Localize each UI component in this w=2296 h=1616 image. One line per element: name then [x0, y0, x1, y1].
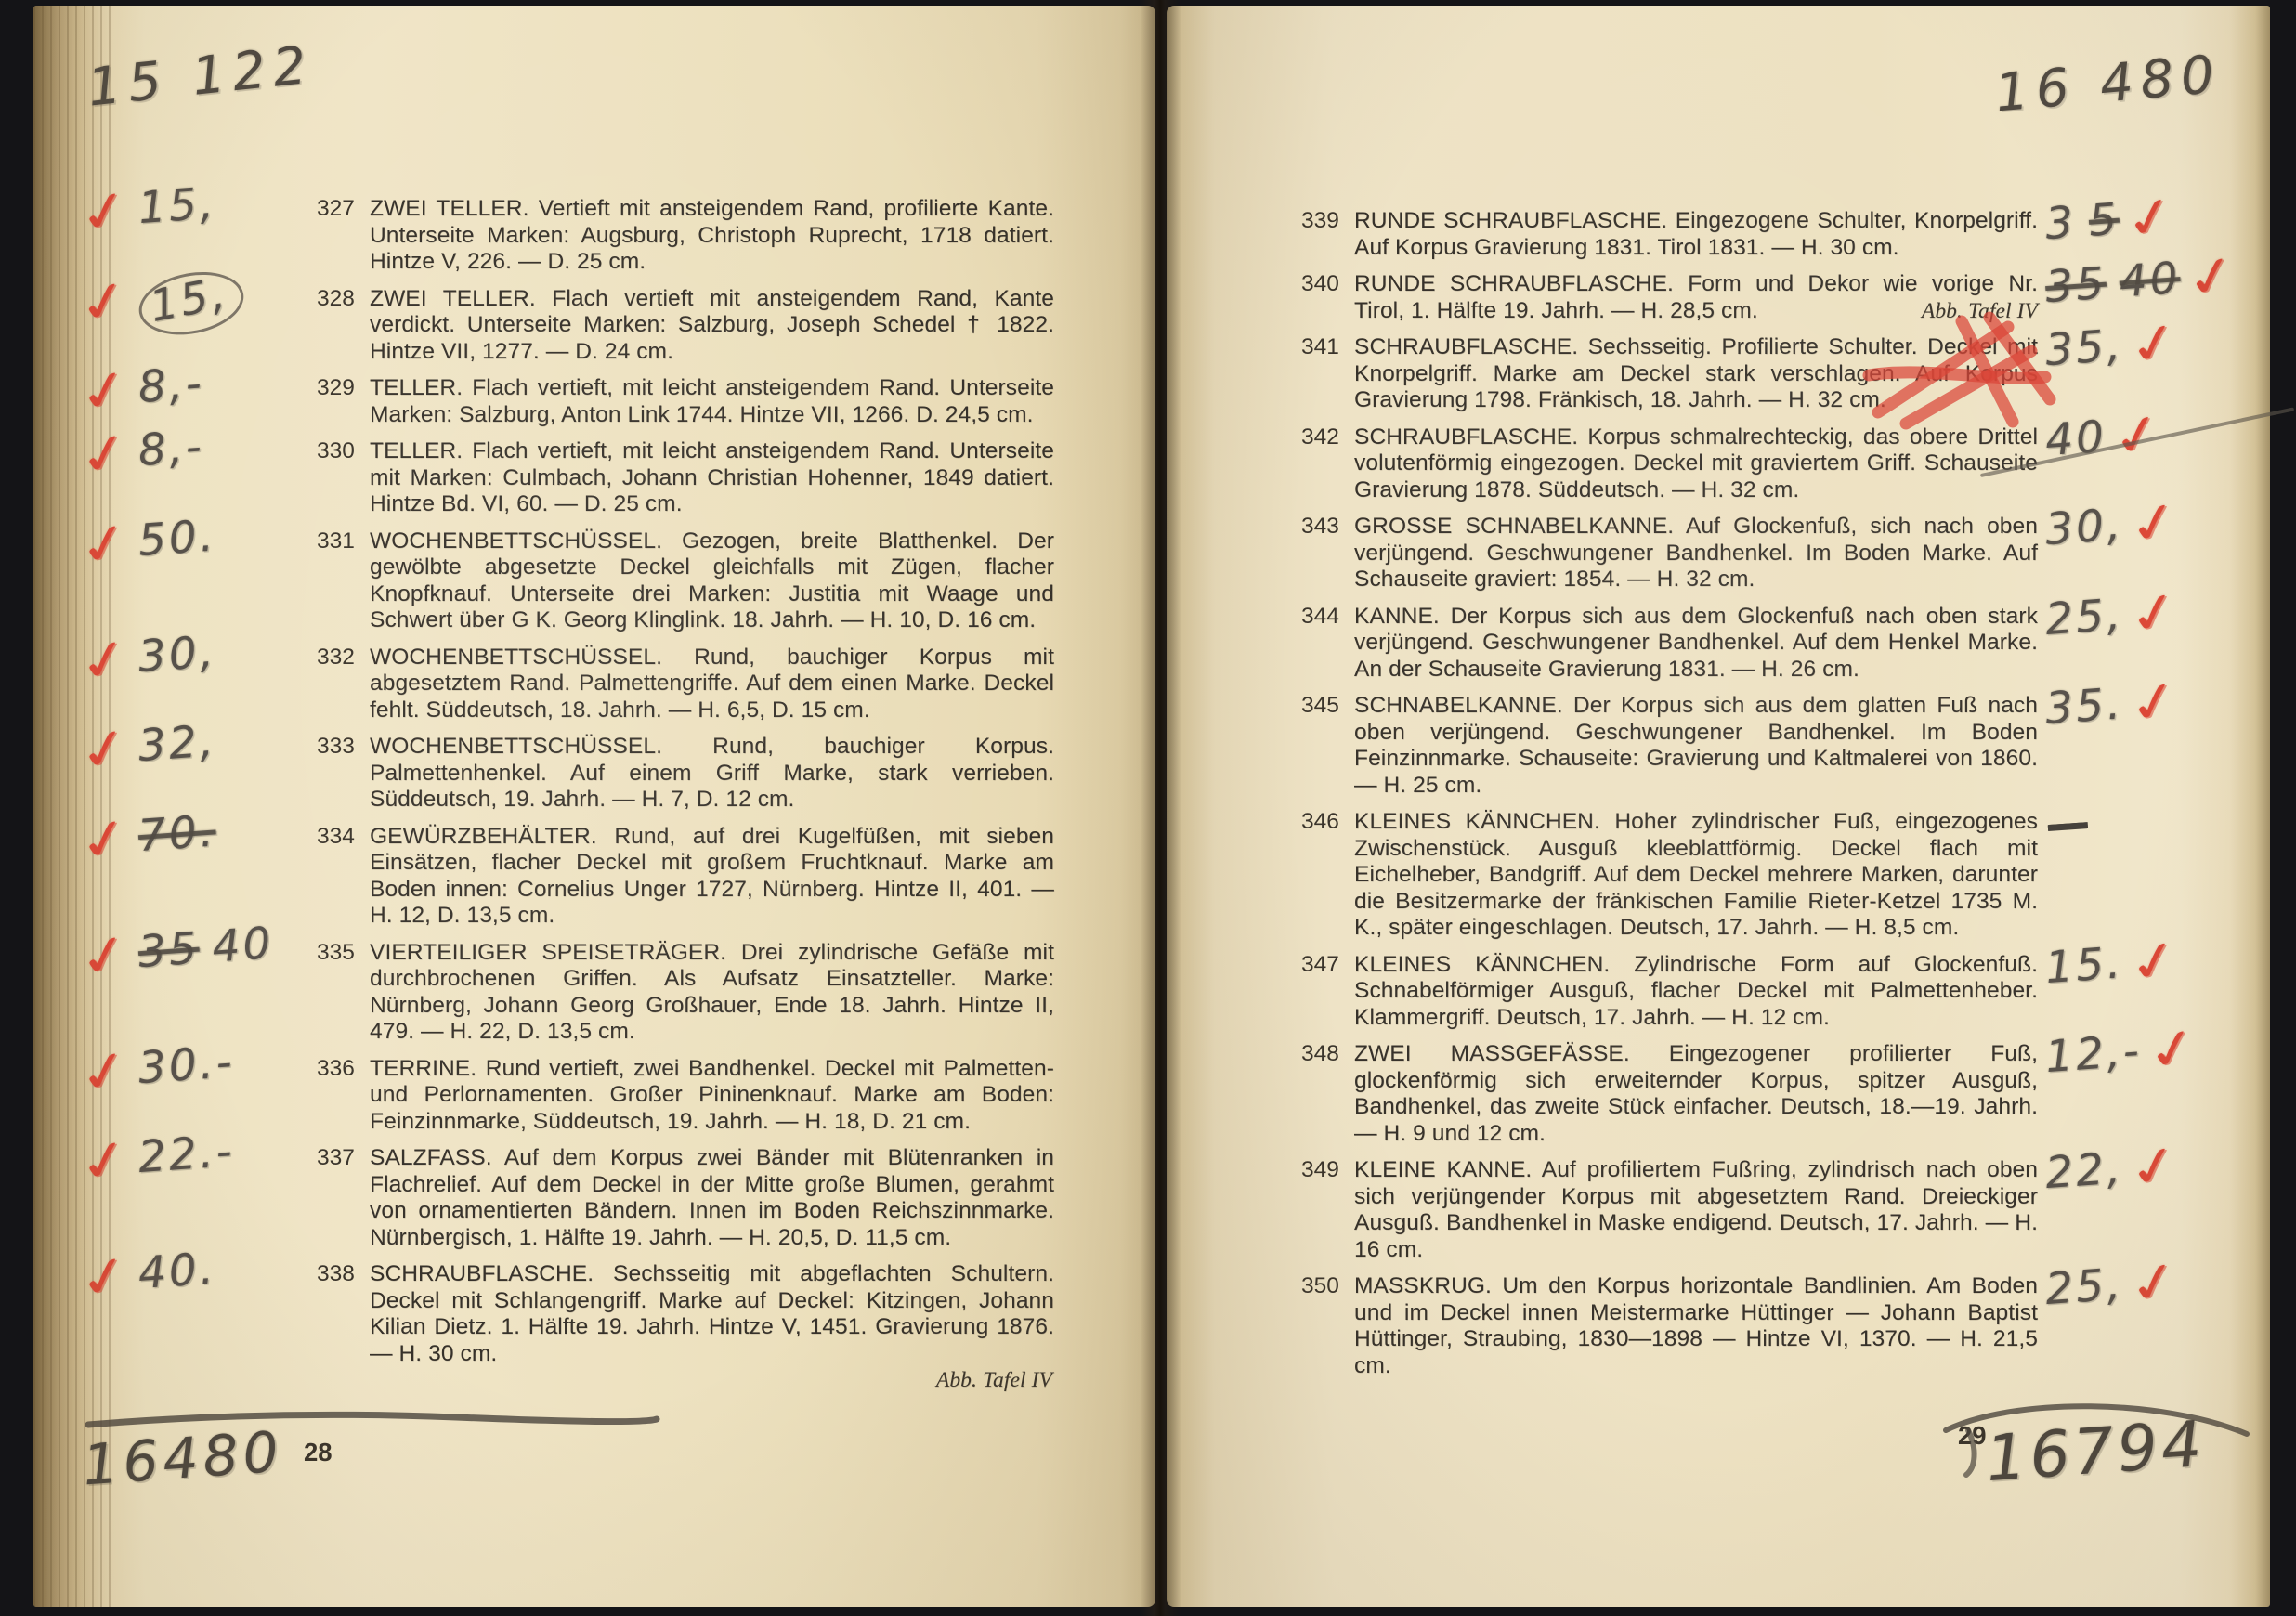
red-checkmark-icon: ✓ — [74, 183, 137, 241]
entry-body: SCHRAUBFLASCHE. Korpus schmalrechteckig,… — [1354, 424, 2038, 504]
price-segments: 15. — [2044, 941, 2125, 990]
entry-body: VIERTEILIGER SPEISETRÄGER. Drei zylindri… — [370, 940, 1054, 1046]
price-annotation: ✓70. — [82, 802, 307, 865]
catalog-entry: 347KLEINES KÄNNCHEN. Zylindrische Form a… — [1301, 952, 2038, 1032]
entry-text: SCHRAUBFLASCHE. Sechsseitig. Profilierte… — [1354, 334, 2038, 412]
price-value: 12,- — [2044, 1029, 2144, 1079]
catalog-entry: 336TERRINE. Rund vertieft, zwei Bandhenk… — [317, 1056, 1054, 1136]
entry-text: GEWÜRZBEHÄLTER. Rund, auf drei Kugelfüße… — [370, 824, 1054, 929]
price-value: 3 — [2044, 201, 2078, 246]
red-checkmark-icon: ✓ — [2124, 1139, 2187, 1197]
price-value: 40 — [2118, 256, 2182, 304]
price-annotation: ✓15, — [81, 265, 307, 341]
price-segments: 25, — [2044, 1262, 2125, 1311]
pencil-circle: 15, — [134, 263, 249, 343]
price-annotation: 35.✓ — [2041, 672, 2268, 735]
entry-body: TELLER. Flach vertieft, mit leicht anste… — [370, 438, 1054, 518]
price-annotation: 25,✓ — [2041, 1253, 2268, 1315]
price-segments: 35 — [2044, 198, 2121, 246]
red-checkmark-icon: ✓ — [2143, 1021, 2206, 1079]
red-checkmark-icon: ✓ — [74, 927, 137, 985]
red-checkmark-icon: ✓ — [74, 1248, 137, 1307]
catalog-entry: 337SALZFASS. Auf dem Korpus zwei Bänder … — [317, 1145, 1054, 1251]
entry-body: SCHRAUBFLASCHE. Sechsseitig. Profilierte… — [1354, 334, 2038, 414]
price-value: 15, — [137, 181, 217, 230]
catalog-entry: 344KANNE. Der Korpus sich aus dem Glocke… — [1301, 604, 2038, 684]
entry-number: 327 — [317, 196, 370, 276]
price-value: 70. — [137, 809, 217, 858]
entry-text: GROSSE SCHNABELKANNE. Auf Glockenfuß, si… — [1354, 514, 2038, 592]
entry-number: 338 — [317, 1261, 370, 1394]
price-segments: — — [2044, 801, 2091, 847]
entry-text: RUNDE SCHRAUBFLASCHE. Eingezogene Schult… — [1354, 208, 2038, 260]
entry-body: SCHNABELKANNE. Der Korpus sich aus dem g… — [1354, 693, 2038, 799]
catalog-entry: 334GEWÜRZBEHÄLTER. Rund, auf drei Kugelf… — [317, 824, 1054, 930]
price-annotation: ✓32, — [82, 713, 307, 775]
entry-number: 336 — [317, 1056, 370, 1136]
price-segments: 30, — [2044, 502, 2125, 552]
price-annotation: ✓8,- — [82, 418, 307, 480]
price-value: 15, — [146, 267, 232, 332]
price-value: 25, — [2044, 1262, 2125, 1311]
entry-number: 328 — [317, 286, 370, 366]
entry-number: 346 — [1301, 809, 1354, 942]
price-annotation: ✓40. — [82, 1241, 307, 1303]
red-checkmark-icon: ✓ — [74, 721, 137, 779]
entry-list-left: 327ZWEI TELLER. Vertieft mit ansteigende… — [317, 196, 1054, 1394]
price-segments: 8,- — [137, 424, 205, 473]
price-value: 22, — [2044, 1146, 2125, 1195]
red-checkmark-icon: ✓ — [74, 425, 137, 484]
red-checkmark-icon: ✓ — [2120, 189, 2184, 248]
price-value: 40 — [211, 921, 275, 969]
entry-text: WOCHENBETTSCHÜSSEL. Rund, bauchiger Korp… — [370, 645, 1054, 723]
red-checkmark-icon: ✓ — [74, 811, 137, 869]
entry-body: WOCHENBETTSCHÜSSEL. Rund, bauchiger Korp… — [370, 734, 1054, 814]
entry-number: 341 — [1301, 334, 1354, 414]
entry-number: 335 — [317, 940, 370, 1046]
price-segments: 30.- — [137, 1040, 236, 1090]
price-annotation: — — [2041, 788, 2268, 848]
catalog-entry: 338SCHRAUBFLASCHE. Sechsseitig mit abgef… — [317, 1261, 1054, 1394]
entry-body: GROSSE SCHNABELKANNE. Auf Glockenfuß, si… — [1354, 514, 2038, 593]
entry-number: 339 — [1301, 208, 1354, 261]
price-segments: 12,- — [2044, 1029, 2144, 1079]
entry-number: 333 — [317, 734, 370, 814]
price-annotation: 12,-✓ — [2041, 1021, 2268, 1083]
entry-text: WOCHENBETTSCHÜSSEL. Rund, bauchiger Korp… — [370, 734, 1054, 812]
price-value: 15. — [2044, 941, 2125, 990]
catalog-entry: 332WOCHENBETTSCHÜSSEL. Rund, bauchiger K… — [317, 645, 1054, 724]
catalog-entry: 348ZWEI MASSGEFÄSSE. Eingezogener profil… — [1301, 1041, 2038, 1147]
catalog-entry: 331WOCHENBETTSCHÜSSEL. Gezogen, breite B… — [317, 528, 1054, 634]
price-annotation: ✓8,- — [82, 355, 307, 417]
price-value: 25, — [2044, 593, 2125, 642]
price-segments: 8,- — [137, 361, 205, 410]
catalog-entry: 349KLEINE KANNE. Auf profiliertem Fußrin… — [1301, 1157, 2038, 1263]
plate-reference: Abb. Tafel IV — [1922, 298, 2038, 325]
price-annotation: 25,✓ — [2041, 582, 2268, 645]
price-annotation: ✓30, — [82, 623, 307, 685]
entry-text: TELLER. Flach vertieft, mit leicht anste… — [370, 438, 1054, 516]
entry-text: SCHRAUBFLASCHE. Sechsseitig mit abgeflac… — [370, 1261, 1054, 1366]
red-checkmark-icon: ✓ — [74, 515, 137, 574]
catalog-entry: 330TELLER. Flach vertieft, mit leicht an… — [317, 438, 1054, 518]
price-segments: 30, — [137, 630, 217, 679]
entry-number: 330 — [317, 438, 370, 518]
entry-body: KLEINES KÄNNCHEN. Zylindrische Form auf … — [1354, 952, 2038, 1032]
price-annotation: 30,✓ — [2041, 493, 2268, 555]
price-annotation: ✓15, — [82, 176, 307, 238]
price-segments: 40. — [137, 1246, 217, 1296]
entry-text: SCHNABELKANNE. Der Korpus sich aus dem g… — [1354, 693, 2038, 798]
catalog-entry: 339RUNDE SCHRAUBFLASCHE. Eingezogene Sch… — [1301, 208, 2038, 261]
entry-number: 342 — [1301, 424, 1354, 504]
price-value: 35 — [2044, 262, 2108, 309]
red-checkmark-icon: ✓ — [2124, 674, 2187, 733]
price-segments: 3540 — [137, 921, 275, 974]
entry-body: TELLER. Flach vertieft, mit leicht anste… — [370, 375, 1054, 428]
entry-body: SCHRAUBFLASCHE. Sechsseitig mit abgeflac… — [370, 1261, 1054, 1394]
price-annotation: 3540✓ — [2041, 251, 2268, 313]
entry-text: ZWEI MASSGEFÄSSE. Eingezogener profilier… — [1354, 1041, 2038, 1146]
entry-body: ZWEI TELLER. Flach vertieft mit ansteige… — [370, 286, 1054, 366]
entry-text: KLEINES KÄNNCHEN. Hoher zylindrischer Fu… — [1354, 809, 2038, 940]
handwritten-sum-total: 16480 — [81, 1419, 285, 1498]
entry-text: MASSKRUG. Um den Korpus horizontale Band… — [1354, 1273, 2038, 1378]
entry-number: 348 — [1301, 1041, 1354, 1147]
price-value: 8,- — [137, 424, 205, 473]
entry-text: KLEINES KÄNNCHEN. Zylindrische Form auf … — [1354, 952, 2038, 1030]
price-segments: 15, — [137, 181, 217, 230]
red-checkmark-icon: ✓ — [74, 632, 137, 690]
red-checkmark-icon: ✓ — [2124, 584, 2187, 643]
price-annotation: 15.✓ — [2041, 931, 2268, 993]
price-segments: 3540 — [2044, 256, 2183, 309]
red-checkmark-icon: ✓ — [74, 1043, 137, 1101]
entry-body: ZWEI MASSGEFÄSSE. Eingezogener profilier… — [1354, 1041, 2038, 1147]
entry-number: 331 — [317, 528, 370, 634]
entry-text: KANNE. Der Korpus sich aus dem Glockenfu… — [1354, 604, 2038, 682]
catalog-entry: 343GROSSE SCHNABELKANNE. Auf Glockenfuß,… — [1301, 514, 2038, 593]
entry-list-right: 339RUNDE SCHRAUBFLASCHE. Eingezogene Sch… — [1301, 208, 2038, 1379]
page-left-footer: 16480 28 — [317, 1404, 1054, 1544]
catalog-page-left: 15 122 327ZWEI TELLER. Vertieft mit anst… — [33, 6, 1155, 1607]
entry-number: 340 — [1301, 271, 1354, 324]
red-checkmark-icon: ✓ — [74, 1132, 137, 1191]
page-right-footer: 29 16794 — [1301, 1389, 2038, 1529]
entry-body: TERRINE. Rund vertieft, zwei Bandhenkel.… — [370, 1056, 1054, 1136]
price-value: 35, — [2044, 323, 2125, 372]
entry-text: VIERTEILIGER SPEISETRÄGER. Drei zylindri… — [370, 940, 1054, 1045]
entry-number: 332 — [317, 645, 370, 724]
entry-number: 344 — [1301, 604, 1354, 684]
entry-body: GEWÜRZBEHÄLTER. Rund, auf drei Kugelfüße… — [370, 824, 1054, 930]
price-annotation: 35✓ — [2041, 188, 2268, 250]
red-checkmark-icon: ✓ — [74, 362, 137, 421]
entry-text: KLEINE KANNE. Auf profiliertem Fußring, … — [1354, 1157, 2038, 1262]
entry-text: SALZFASS. Auf dem Korpus zwei Bänder mit… — [370, 1145, 1054, 1250]
entry-body: KLEINE KANNE. Auf profiliertem Fußring, … — [1354, 1157, 2038, 1263]
price-annotation: ✓3540 — [82, 919, 307, 981]
catalog-entry: 345SCHNABELKANNE. Der Korpus sich aus de… — [1301, 693, 2038, 799]
entry-body: WOCHENBETTSCHÜSSEL. Rund, bauchiger Korp… — [370, 645, 1054, 724]
catalog-entry: 333WOCHENBETTSCHÜSSEL. Rund, bauchiger K… — [317, 734, 1054, 814]
price-value: 32, — [137, 719, 217, 768]
price-value: 30, — [2044, 502, 2125, 552]
price-annotation: ✓50. — [82, 507, 307, 569]
entry-number: 349 — [1301, 1157, 1354, 1263]
entry-number: 343 — [1301, 514, 1354, 593]
entry-body: KANNE. Der Korpus sich aus dem Glockenfu… — [1354, 604, 2038, 684]
entry-text: TELLER. Flach vertieft, mit leicht anste… — [370, 375, 1054, 427]
catalog-entry: 335VIERTEILIGER SPEISETRÄGER. Drei zylin… — [317, 940, 1054, 1046]
entry-number: 334 — [317, 824, 370, 930]
entry-body: MASSKRUG. Um den Korpus horizontale Band… — [1354, 1273, 2038, 1379]
catalog-entry: 340RUNDE SCHRAUBFLASCHE. Form und Dekor … — [1301, 271, 2038, 324]
price-value: 40. — [137, 1246, 217, 1296]
entry-number: 347 — [1301, 952, 1354, 1032]
entry-body: RUNDE SCHRAUBFLASCHE. Eingezogene Schult… — [1354, 208, 2038, 261]
entry-body: RUNDE SCHRAUBFLASCHE. Form und Dekor wie… — [1354, 271, 2038, 324]
page-number: 28 — [304, 1438, 333, 1467]
entry-text: WOCHENBETTSCHÜSSEL. Gezogen, breite Blat… — [370, 528, 1054, 633]
entry-number: 337 — [317, 1145, 370, 1251]
price-value: 35 — [137, 926, 201, 973]
plate-reference: Abb. Tafel IV — [370, 1367, 1054, 1394]
entry-text: ZWEI TELLER. Vertieft mit ansteigendem R… — [370, 196, 1054, 274]
price-annotation: 35,✓ — [2041, 314, 2268, 376]
price-segments: 35, — [2044, 323, 2125, 372]
price-segments: 32, — [137, 719, 217, 768]
price-segments: 70. — [137, 809, 217, 858]
price-segments: 22.- — [137, 1129, 236, 1179]
price-annotation: 22,✓ — [2041, 1137, 2268, 1199]
price-annotation: 40✓ — [2041, 403, 2268, 465]
price-segments: 22, — [2044, 1146, 2125, 1195]
red-checkmark-icon: ✓ — [2181, 248, 2244, 306]
catalog-entry: 350MASSKRUG. Um den Korpus horizontale B… — [1301, 1273, 2038, 1379]
handwritten-sum-total: 16794 — [1984, 1408, 2208, 1496]
red-checkmark-icon: ✓ — [2124, 316, 2187, 374]
price-value: 30.- — [137, 1040, 236, 1090]
entry-text: SCHRAUBFLASCHE. Korpus schmalrechteckig,… — [1354, 424, 2038, 502]
price-value: 8,- — [137, 361, 205, 410]
entry-body: ZWEI TELLER. Vertieft mit ansteigendem R… — [370, 196, 1054, 276]
price-value: 5 — [2087, 198, 2120, 243]
entry-body: WOCHENBETTSCHÜSSEL. Gezogen, breite Blat… — [370, 528, 1054, 634]
entry-text: ZWEI TELLER. Flach vertieft mit ansteige… — [370, 286, 1054, 364]
catalog-entry: 341SCHRAUBFLASCHE. Sechsseitig. Profilie… — [1301, 334, 2038, 414]
entry-number: 350 — [1301, 1273, 1354, 1379]
price-value: — — [2044, 801, 2091, 847]
price-segments: 50. — [137, 514, 217, 563]
page-number: 29 — [1958, 1421, 1987, 1451]
price-value: 30, — [137, 630, 217, 679]
price-annotation: ✓22.- — [82, 1125, 307, 1187]
red-checkmark-icon: ✓ — [74, 273, 137, 332]
catalog-entry: 327ZWEI TELLER. Vertieft mit ansteigende… — [317, 196, 1054, 276]
price-value: 50. — [137, 514, 217, 563]
red-checkmark-icon: ✓ — [2124, 1255, 2187, 1313]
entry-number: 345 — [1301, 693, 1354, 799]
catalog-entry: 329TELLER. Flach vertieft, mit leicht an… — [317, 375, 1054, 428]
price-value: 35. — [2044, 682, 2125, 731]
price-segments: 35. — [2044, 682, 2125, 731]
price-segments: 25, — [2044, 593, 2125, 642]
catalog-page-right: 16 480 339RUNDE SCHRAUBFLASCHE. Eingezog… — [1167, 6, 2270, 1607]
catalog-entry: 346KLEINES KÄNNCHEN. Hoher zylindrischer… — [1301, 809, 2038, 942]
price-value: 22.- — [137, 1129, 236, 1179]
entry-body: KLEINES KÄNNCHEN. Hoher zylindrischer Fu… — [1354, 809, 2038, 942]
entry-text: TERRINE. Rund vertieft, zwei Bandhenkel.… — [370, 1056, 1054, 1134]
price-annotation: ✓30.- — [82, 1035, 307, 1097]
catalog-entry: 342SCHRAUBFLASCHE. Korpus schmalrechteck… — [1301, 424, 2038, 504]
red-checkmark-icon: ✓ — [2124, 932, 2187, 991]
red-checkmark-icon: ✓ — [2124, 495, 2187, 554]
catalog-entry: 328ZWEI TELLER. Flach vertieft mit anste… — [317, 286, 1054, 366]
entry-number: 329 — [317, 375, 370, 428]
entry-body: SALZFASS. Auf dem Korpus zwei Bänder mit… — [370, 1145, 1054, 1251]
